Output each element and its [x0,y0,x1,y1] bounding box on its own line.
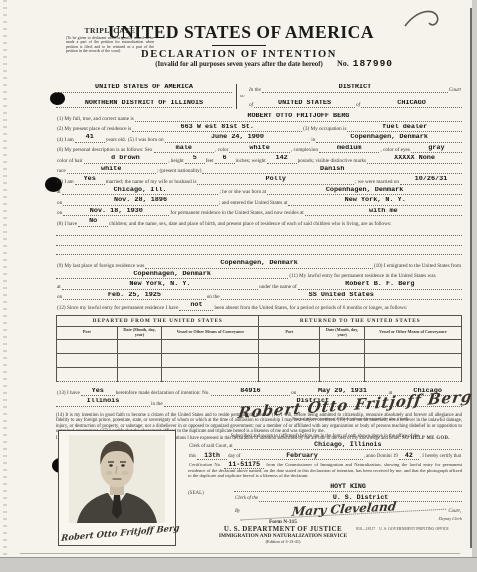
children-value: No [78,218,108,227]
month-value: February [241,452,362,461]
prior-rest-label: heretofore made declaration of intention… [115,390,211,396]
header-country: UNITED STATES OF AMERICA [108,22,370,43]
under-name-label: under the name of [258,284,298,290]
height-inches-value: 6 [215,155,235,164]
scan-right-edge [470,8,472,548]
married-value: Yes [75,176,105,185]
court-party-value: UNITED STATES [254,100,355,109]
scan-bottom-band [0,557,477,572]
name-label: (1) My full, true, and correct name is [56,116,135,122]
form-subtitle: (Invalid for all purposes seven years af… [108,61,370,68]
blank-line [56,238,462,246]
feet-label: feet [205,158,215,164]
printing-office-label: U. S. GOVERNMENT PRINTING OFFICE [379,527,449,531]
complexion-label: , complexion [290,147,319,153]
declarant-photo: Robert Otto Fritjoff Berg [58,430,176,546]
this-label: this [188,454,197,460]
clerk-at-label: Clerk of said Court, at [188,444,234,450]
portrait-image [63,435,171,523]
col-date: Date (Month, day, year) [117,326,162,339]
form-number-label: No. [337,59,349,68]
pounds-marks-label: pounds; visible distinctive marks [297,158,367,164]
occupation-value: fuel dealer [347,124,462,133]
prior-in-the-label: in the [150,401,164,407]
full-name-value: ROBERT OTTO FRITJOFF BERG [135,113,462,122]
cert-no-label: Certification No. [188,462,222,467]
plaintiff-name: UNITED STATES OF AMERICA [56,84,232,93]
spouse-label: married; the name of my wife or husband … [105,179,198,185]
on-label: on [56,200,63,206]
departed-header: DEPARTED FROM THE UNITED STATES [57,315,259,326]
absent-rest-label: been absent from the United States, for … [213,305,408,311]
spouse-born-label: ; he or she was born at [218,189,267,195]
on-the-label: on the [206,294,221,300]
court-caption: ss: UNITED STATES OF AMERICA In the DIST… [56,84,462,108]
seal-label: (SEAL) [188,483,234,521]
ss-label: ss: [240,93,245,98]
table-row [57,367,462,381]
absence-table: DEPARTED FROM THE UNITED STATES RETURNED… [56,315,462,382]
eyes-label: , color of eyes [379,147,410,153]
table-row [57,339,462,353]
race-value: white [67,166,156,175]
born-label: (5) I was born on [127,137,165,143]
hair-value: d brown [84,155,168,164]
foreign-residence-value: Copenhagen, Denmark [145,260,372,269]
marks-value: XXXXX None [367,155,462,164]
subscribed-text: Subscribed and sworn to (affirmed) befor… [188,434,462,439]
signature-caption: (Original and true signature of declaran… [250,417,450,421]
header-rule [212,45,266,46]
color-value: white [229,145,290,154]
married-on-label: ; we were married on [354,179,400,185]
prior-state-value: Illinois [56,398,150,407]
children-label: (8) I have [56,221,78,227]
certify-label: . I hereby certify that [419,454,462,460]
clerk-of-the-label: Clerk of the [234,496,259,502]
spouse-birth-place-value: Copenhagen, Denmark [267,187,462,196]
district-name: NORTHERN DISTRICT OF ILLINOIS [56,100,232,109]
on-label: on [56,210,63,216]
years-old-label: years old. [105,137,127,143]
pencil-scribble [403,8,449,30]
prior-declaration-value: Yes [81,388,115,397]
occupation-label: (3) My occupation is [302,126,347,132]
nationality-value: Danish [202,166,462,175]
spouse-birth-date-value: Nov. 28, 1896 [63,197,218,206]
lawful-entry-label: (11) My lawful entry for permanent resid… [288,273,436,279]
col-vessel: Vessel or Other Means of Conveyance [364,326,461,339]
blank-line [56,248,462,256]
certification-block: Subscribed and sworn to (affirmed) befor… [188,434,462,521]
returned-header: RETURNED TO THE UNITED STATES [259,315,462,326]
col-date: Date (Month, day, year) [320,326,365,339]
prior-on-label: on [290,390,297,396]
day-of-label: day of [227,454,241,460]
complexion-value: medium [319,145,380,154]
sex-value: male [154,145,215,154]
children-rest-label: children; and the name, sex, date and pl… [108,221,392,227]
scan-left-edge [3,0,7,572]
clerk-name-value: HOYT KING [234,483,462,492]
col-port: Port [259,326,320,339]
court-name-value: DISTRICT [262,84,448,93]
description-label: (6) My personal description is as follow… [56,147,154,153]
scan-right-margin [472,0,477,572]
married-label: (7) I am [56,179,75,185]
age-label: (4) I am [56,137,75,143]
inches-weight-label: inches; weight [235,158,267,164]
form-number-block: No. 187990 [337,53,393,71]
col-port: Port [57,326,118,339]
height-label: , height [167,158,185,164]
spouse-residence-value: with me [305,208,462,217]
edition-note: (Edition of 3-13-41) [176,539,390,544]
entry-date-value: Feb. 25, 1925 [63,292,206,301]
court-city-value: CHICAGO [361,100,462,109]
foreign-residence-label: (9) My last place of foreign residence w… [56,263,145,269]
in-the-label: In the [248,87,262,93]
entry-port-value: New York, N. Y. [62,281,258,290]
absent-label: (12) Since my lawful entry for permanent… [56,305,179,311]
day-value: 13th [197,452,227,461]
marriage-place-value: Chicago, Ill. [62,187,219,196]
race-label: race [56,168,67,174]
marriage-date-value: 10/26/31 [400,176,462,185]
prior-number-value: 84916 [211,388,290,397]
anno-domini-label: , anno Domini 19 [363,454,399,460]
table-row [57,353,462,367]
printing-office-note: 810—18117 U. S. GOVERNMENT PRINTING OFFI… [356,527,466,531]
year-value: 42 [399,452,419,461]
residence-value: 663 W est 81st St. [132,124,302,133]
scan-bottom-line [20,553,460,554]
birth-date-value: June 24, 1900 [165,134,311,143]
nationality-label: ; (present nationality) [156,168,203,174]
eyes-value: gray [411,145,462,154]
emigrated-from-value: Copenhagen, Denmark [56,271,288,280]
prior-declaration-label: (13) I have [56,390,81,396]
emigrated-label: (10) I emigrated to the United States fr… [373,263,462,269]
residence-since-label: for permanent residence in the United St… [169,210,304,216]
form-number-value: 187990 [353,58,393,69]
form-footer: Form N-315 U. S. DEPARTMENT OF JUSTICE I… [176,519,390,544]
height-feet-value: 5 [185,155,205,164]
form-header: UNITED STATES OF AMERICA DECLARATION OF … [108,22,370,68]
spouse-entry-port-value: New York, N. Y. [288,197,462,206]
absent-value: not [179,302,213,311]
col-vessel: Vessel or Other Means of Conveyance [162,326,259,339]
form-title: DECLARATION OF INTENTION [108,49,370,60]
color-label: , color [214,147,229,153]
spouse-name-value: Polly [197,176,353,185]
residence-label: (2) My present place of residence is [56,126,132,132]
entry-on-label: on [56,294,63,300]
hair-label: color of hair [56,158,84,164]
photo-signature: Robert Otto Fritjoff Berg [61,524,173,544]
caption-divider [236,84,237,109]
entered-us-label: ; and entered the United States at [218,200,289,206]
vessel-value: SS United States [221,292,462,301]
spouse-entry-date-value: Nov. 18, 1930 [63,208,169,217]
age-value: 41 [75,134,105,143]
weight-value: 142 [267,155,297,164]
court-word-label: Court, [447,509,462,515]
clerk-at-value: Chicago, Illinois [234,441,462,450]
print-code-value: 810—18117 [356,527,375,531]
blank-line [56,229,462,237]
birth-place-value: Copenhagen, Denmark [316,134,462,143]
court-word: Court [448,87,462,93]
declaration-of-intention-document: TRIPLICATE (To be given to declarant whe… [0,0,477,572]
entry-name-value: Robert B. F. Berg [298,281,462,290]
